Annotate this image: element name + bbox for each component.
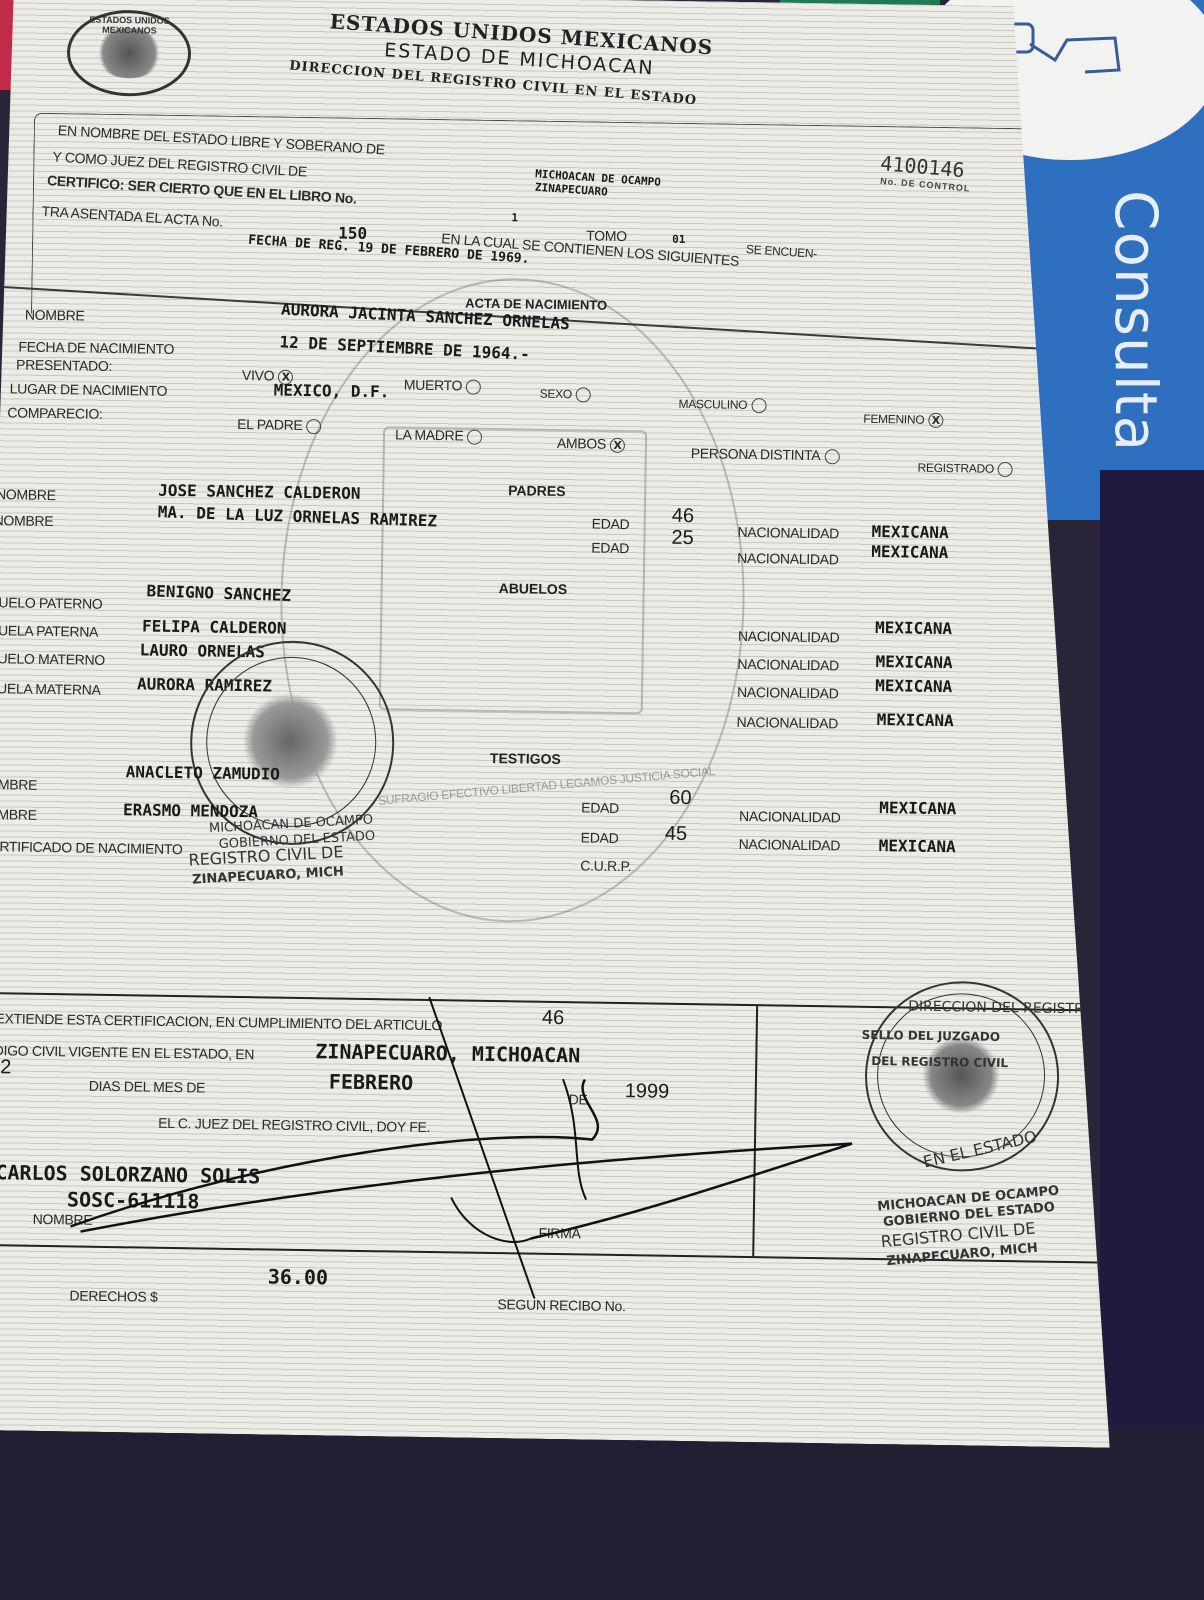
testigo1-edad: 60 <box>669 787 692 810</box>
registrado-option[interactable]: REGISTRADO <box>917 461 1013 478</box>
padre-nombre-label: NOMBRE <box>0 486 56 503</box>
fecha-nacimiento-label: FECHA DE NACIMIENTO <box>18 338 174 356</box>
madre-nac-label: NACIONALIDAD <box>737 550 839 568</box>
certificado-nacimiento-label: CERTIFICADO DE NACIMIENTO <box>0 838 183 857</box>
testigo2-nac-label: NACIONALIDAD <box>739 836 841 854</box>
madre-option[interactable]: LA MADRE <box>395 426 483 444</box>
registrado-label: REGISTRADO <box>918 461 995 476</box>
masculino-option[interactable]: MASCULINO <box>678 397 766 414</box>
padre-nac-label: NACIONALIDAD <box>737 524 839 542</box>
abuelo-paterno-nacionalidad: MEXICANA <box>875 618 952 638</box>
padre-nombre: JOSE SANCHEZ CALDERON <box>158 481 361 503</box>
testigo2-edad-label: EDAD <box>581 829 619 846</box>
abuelo-materno-label: ABUELO MATERNO <box>0 650 105 668</box>
testigo2-nombre: ERASMO MENDOZA <box>123 800 258 821</box>
recibo-label: SEGUN RECIBO No. <box>497 1296 625 1314</box>
lugar-nacimiento: MEXICO, D.F. <box>274 381 390 402</box>
abuela-materna-label: ABUELA MATERNA <box>0 680 101 698</box>
madre-nombre-label: NOMBRE <box>0 512 53 529</box>
vivo-label: VIVO <box>242 367 275 384</box>
padre-nacionalidad: MEXICANA <box>871 522 948 542</box>
madre-edad-label: EDAD <box>591 540 629 557</box>
masculino-label: MASCULINO <box>678 397 747 412</box>
sexo-option[interactable]: SEXO <box>540 387 591 403</box>
nombre-label: NOMBRE <box>25 307 85 324</box>
madre-edad: 25 <box>671 527 694 550</box>
padres-title: PADRES <box>508 482 566 499</box>
persona-distinta-checkbox[interactable] <box>824 449 839 464</box>
abuelo-paterno-label: ABUELO PATERNO <box>0 594 103 612</box>
abuelo-materno-nac-label: NACIONALIDAD <box>737 656 839 674</box>
madre-checkbox[interactable] <box>467 429 482 444</box>
madre-nacionalidad: MEXICANA <box>871 542 948 562</box>
abuela-materna-nacionalidad: MEXICANA <box>877 710 954 730</box>
testigo1-nombre-label: NOMBRE <box>0 776 37 793</box>
persona-distinta-option[interactable]: PERSONA DISTINTA <box>691 445 840 464</box>
stamp-right-center2: DEL REGISTRO CIVIL <box>871 1054 1008 1070</box>
derechos-amount: 36.00 <box>268 1265 329 1290</box>
signature-icon <box>0 980 874 1304</box>
abuela-paterna-nombre: FELIPA CALDERON <box>142 616 287 637</box>
cert-tomo: 01 <box>672 233 685 246</box>
presentado-label: PRESENTADO: <box>16 356 112 374</box>
femenino-option[interactable]: FEMENINOX <box>863 412 943 429</box>
national-seal-icon: ESTADOS UNIDOS MEXICANOS <box>66 9 191 97</box>
testigo1-edad-label: EDAD <box>581 799 619 816</box>
abuela-paterna-nac-label: NACIONALIDAD <box>738 628 840 646</box>
persona-distinta-label: PERSONA DISTINTA <box>691 445 821 463</box>
testigo1-nac-label: NACIONALIDAD <box>739 808 841 826</box>
registrado-checkbox[interactable] <box>998 462 1013 477</box>
abuelos-title: ABUELOS <box>499 580 568 597</box>
testigo1-nacionalidad: MEXICANA <box>879 798 956 818</box>
testigos-title: TESTIGOS <box>490 750 561 767</box>
comparecio-label: COMPARECIO: <box>7 404 102 421</box>
abuelo-paterno-nombre: BENIGNO SANCHEZ <box>146 581 291 605</box>
stamp-right-ring-top: DIRECCION DEL REGISTRO <box>908 999 1095 1018</box>
testigo2-nombre-label: NOMBRE <box>0 806 37 823</box>
background-floor <box>0 1430 1204 1600</box>
cert-libro: 1 <box>511 211 518 224</box>
brand-text: Consulta <box>1102 190 1170 452</box>
sexo-checkbox[interactable] <box>576 388 591 403</box>
background-navy-surface <box>1100 470 1204 1470</box>
padre-edad-label: EDAD <box>592 516 630 533</box>
abuelo-materno-nacionalidad: MEXICANA <box>875 676 952 696</box>
madre-label: LA MADRE <box>395 426 464 443</box>
muerto-label: MUERTO <box>404 377 463 394</box>
stamp-right-center1: SELLO DEL JUZGADO <box>862 1028 1000 1044</box>
femenino-label: FEMENINO <box>863 412 924 427</box>
femenino-checkbox[interactable]: X <box>928 413 943 428</box>
padre-checkbox[interactable] <box>306 419 321 434</box>
masculino-checkbox[interactable] <box>751 398 766 413</box>
curp-label: C.U.R.P. <box>580 857 631 874</box>
abuela-materna-nac-label: NACIONALIDAD <box>737 684 839 702</box>
derechos-label: DERECHOS $ <box>69 1287 157 1304</box>
abuela-paterna-nacionalidad: MEXICANA <box>875 652 952 672</box>
testigo2-nacionalidad: MEXICANA <box>879 836 956 856</box>
sexo-label: SEXO <box>540 387 572 402</box>
abuelo-paterno-nac-label: NACIONALIDAD <box>736 714 838 732</box>
padre-edad: 46 <box>672 505 695 528</box>
watermark-shield-icon <box>379 426 647 714</box>
muerto-checkbox[interactable] <box>466 379 481 394</box>
seal-text: ESTADOS UNIDOS MEXICANOS <box>70 14 188 36</box>
testigo2-edad: 45 <box>665 823 688 846</box>
ambos-option[interactable]: AMBOSX <box>557 435 625 453</box>
padre-label: EL PADRE <box>237 416 303 433</box>
padre-option[interactable]: EL PADRE <box>237 416 322 434</box>
ambos-checkbox[interactable]: X <box>610 438 625 453</box>
abuela-paterna-label: ABUELA PATERNA <box>0 622 98 640</box>
testigo1-nombre: ANACLETO ZAMUDIO <box>126 762 280 783</box>
muerto-option[interactable]: MUERTO <box>404 377 482 395</box>
lugar-nacimiento-label: LUGAR DE NACIMIENTO <box>10 380 168 398</box>
ambos-label: AMBOS <box>557 435 606 452</box>
birth-certificate: ESTADOS UNIDOS MEXICANOS ESTADOS UNIDOS … <box>0 0 1180 1449</box>
